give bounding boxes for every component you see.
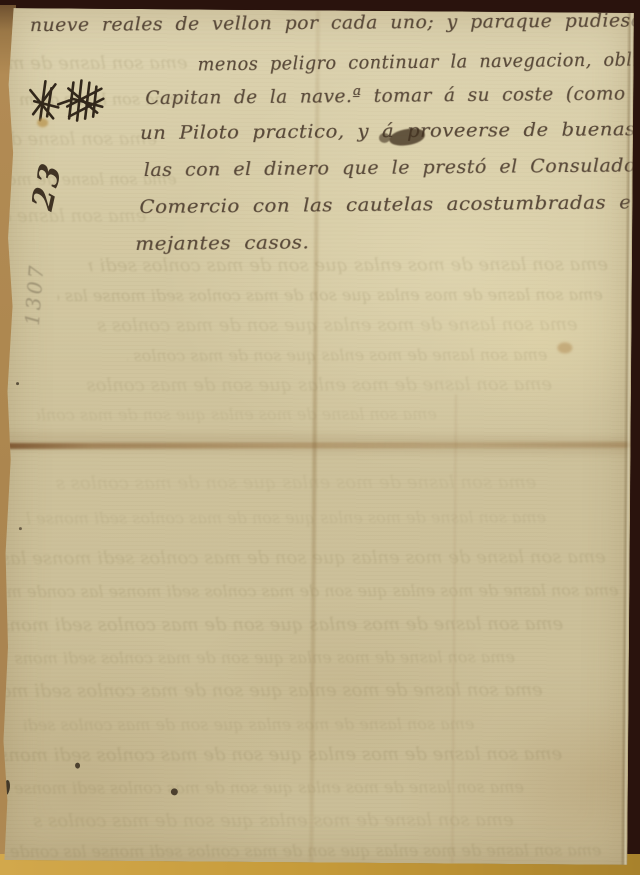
bleedthrough-line: ema son lasne de mos enlas que son de ma… <box>2 743 562 766</box>
manuscript-line: Capitan de la nave.ª tomar á su coste (c… <box>145 84 640 108</box>
ink-blot <box>379 133 390 143</box>
bleedthrough-line: ema son lasne de mos enlas que son de ma… <box>4 776 524 799</box>
ink-speck <box>171 788 178 795</box>
folio-number: 23 <box>26 156 70 214</box>
scan-background: ema son lasne de mos enlas que son de ma… <box>0 0 640 875</box>
bleedthrough-line: ema son lasne de mos enlas que son de ma… <box>88 254 608 277</box>
manuscript-page: ema son lasne de mos enlas que son de ma… <box>1 8 634 865</box>
ink-speck <box>16 382 19 385</box>
pencil-number: 1307 <box>19 262 48 327</box>
bleedthrough-line: ema son lasne de mos enlas que son de ma… <box>97 314 577 337</box>
bleedthrough-line: ema son lasne de mos enlas que son de ma… <box>6 547 606 571</box>
bleedthrough-line: ema son lasne de mos enlas que son de ma… <box>87 374 552 397</box>
bleedthrough-line: ema son lasne de mos enlas que son de ma… <box>15 646 515 669</box>
cancelled-mark-scribble <box>25 76 115 132</box>
bleedthrough-line: ema son lasne de mos enlas que son de ma… <box>56 472 536 495</box>
bleedthrough-line: ema son lasne de mos enlas que son de ma… <box>3 679 543 702</box>
bleedthrough-line: ema son lasne de mos enlas que son de ma… <box>34 809 514 832</box>
ink-speck <box>75 763 80 769</box>
bleedthrough-line: ema son lasne de mos enlas que son de ma… <box>58 284 603 307</box>
light-patch <box>425 251 640 423</box>
bleedthrough-line: ema son lasne de mos enlas que son de ma… <box>24 713 474 736</box>
manuscript-line: las con el dinero que le prestó el Consu… <box>144 156 640 180</box>
folio-number-wrap: 23 <box>16 148 79 222</box>
manuscript-line: nueve reales de vellon por cada uno; y p… <box>30 11 640 35</box>
rust-spot <box>557 342 572 353</box>
manuscript-line: Comercio con las cautelas acostumbradas … <box>139 193 640 217</box>
bleedthrough-line: ema son lasne de mos enlas que son de ma… <box>8 52 188 74</box>
ink-speck <box>19 527 22 530</box>
bleedthrough-line: ema son lasne de mos enlas que son de ma… <box>127 344 547 367</box>
bleedthrough-line: ema son lasne de mos enlas que son de ma… <box>26 507 546 530</box>
pencil-number-wrap: 1307 <box>7 242 60 346</box>
manuscript-line: menos peligro continuar la navegacion, o… <box>197 50 640 75</box>
bleedthrough-line: ema son lasne de mos enlas que son de ma… <box>37 403 437 426</box>
horizontal-fold-crease <box>5 442 631 449</box>
bleedthrough-line: ema son lasne de mos enlas que son de ma… <box>1 840 601 864</box>
bleedthrough-line: ema son lasne de mos enlas que son de ma… <box>3 613 563 636</box>
manuscript-line: mejantes casos. <box>135 233 309 254</box>
